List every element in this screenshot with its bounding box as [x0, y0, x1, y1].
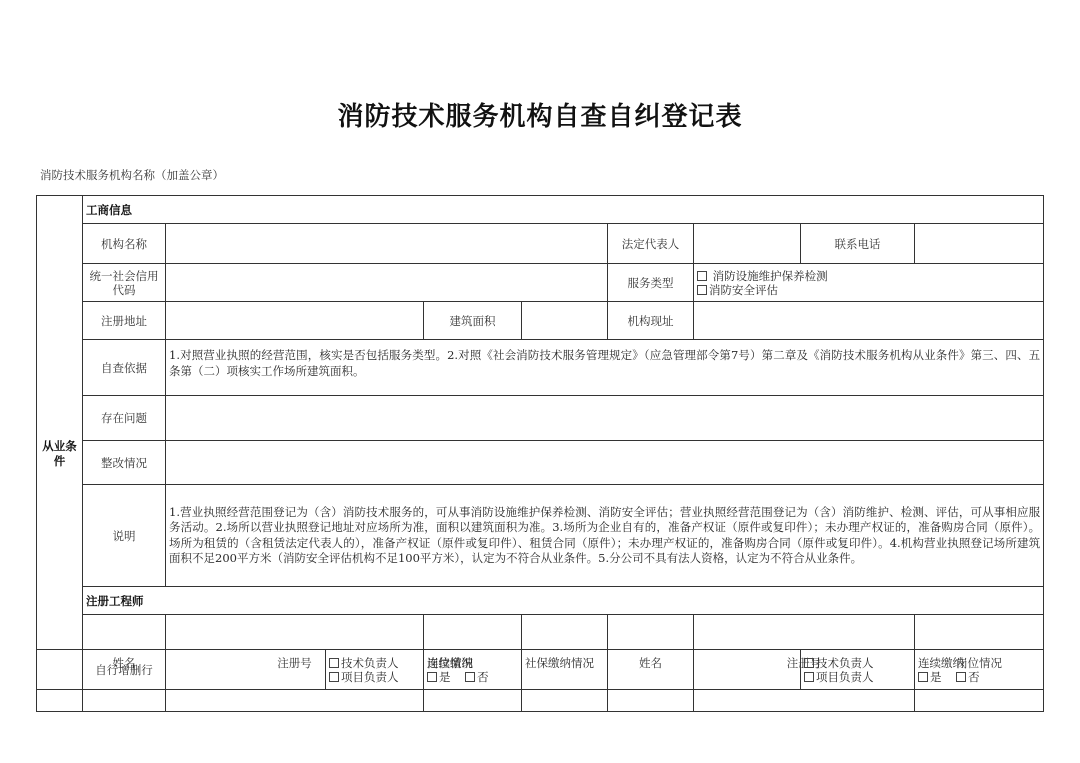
side-label-qualification: 从业条件: [37, 196, 83, 712]
engineer-reg-no-field-2[interactable]: [608, 650, 801, 690]
engineer-position-options-2: 技术负责人 项目负责人: [801, 650, 915, 690]
checkbox-icon[interactable]: [329, 658, 339, 668]
checkbox-icon[interactable]: [918, 672, 928, 682]
label-legal-rep: 法定代表人: [608, 224, 694, 264]
issues-field[interactable]: [166, 396, 1044, 441]
engineer-reg-no-field[interactable]: [166, 650, 326, 690]
rectification-field[interactable]: [166, 441, 1044, 485]
position-option[interactable]: 项目负责人: [804, 670, 911, 684]
social-security-label: 连续缴纳: [918, 656, 1040, 670]
credit-code-field[interactable]: [166, 264, 608, 302]
position-option[interactable]: 项目负责人: [329, 670, 420, 684]
engineer-row: 自行增删行 技术负责人 项目负责人 连续缴纳 是 否 技术负责人 项目负责人 连…: [37, 650, 1044, 690]
engineer-name-field[interactable]: 自行增删行: [83, 650, 166, 690]
social-security-yes[interactable]: 是: [918, 670, 942, 684]
engineer-social-security-2: 连续缴纳 是 否: [915, 650, 1044, 690]
label-org-name: 机构名称: [83, 224, 166, 264]
position-option[interactable]: 技术负责人: [329, 656, 420, 670]
engineer-social-security: 连续缴纳 是 否: [424, 650, 522, 690]
row-side-blank: [37, 650, 83, 690]
label-service-type: 服务类型: [608, 264, 694, 302]
building-area-field[interactable]: [522, 302, 608, 340]
checkbox-icon[interactable]: [697, 285, 707, 295]
social-security-no[interactable]: 否: [465, 670, 489, 684]
position-option[interactable]: 技术负责人: [804, 656, 911, 670]
check-basis-text: 1.对照营业执照的经营范围，核实是否包括服务类型。2.对照《社会消防技术服务管理…: [166, 340, 1044, 396]
reg-address-field[interactable]: [166, 302, 424, 340]
label-building-area: 建筑面积: [424, 302, 522, 340]
section-title-business-info: 工商信息: [83, 196, 1044, 224]
checkbox-icon[interactable]: [465, 672, 475, 682]
current-address-field[interactable]: [694, 302, 1044, 340]
checkbox-icon[interactable]: [804, 672, 814, 682]
engineer-rows-table: 自行增删行 技术负责人 项目负责人 连续缴纳 是 否 技术负责人 项目负责人 连…: [36, 649, 1044, 690]
service-type-option[interactable]: 消防安全评估: [697, 283, 1040, 297]
org-name-field[interactable]: [166, 224, 608, 264]
label-rectification: 整改情况: [83, 441, 166, 485]
label-reg-address: 注册地址: [83, 302, 166, 340]
section-title-engineers: 注册工程师: [83, 587, 1044, 615]
legal-rep-field[interactable]: [694, 224, 801, 264]
checkbox-icon[interactable]: [697, 271, 707, 281]
checkbox-icon[interactable]: [427, 672, 437, 682]
label-phone: 联系电话: [801, 224, 915, 264]
service-type-options: 消防设施维护保养检测 消防安全评估: [694, 264, 1044, 302]
social-security-no[interactable]: 否: [956, 670, 980, 684]
label-current-address: 机构现址: [608, 302, 694, 340]
registration-form-table: 从业条件 工商信息 机构名称 法定代表人 联系电话 统一社会信用代码 服务类型 …: [36, 195, 1044, 712]
service-type-option[interactable]: 消防设施维护保养检测: [697, 269, 1040, 283]
org-name-stamp-label: 消防技术服务机构名称（加盖公章）: [40, 167, 224, 183]
label-issues: 存在问题: [83, 396, 166, 441]
social-security-yes[interactable]: 是: [427, 670, 451, 684]
engineer-name-field-2[interactable]: [522, 650, 608, 690]
label-credit-code: 统一社会信用代码: [83, 264, 166, 302]
checkbox-icon[interactable]: [956, 672, 966, 682]
engineer-position-options: 技术负责人 项目负责人: [326, 650, 424, 690]
checkbox-icon[interactable]: [804, 658, 814, 668]
label-notes: 说明: [83, 485, 166, 587]
checkbox-icon[interactable]: [329, 672, 339, 682]
label-check-basis: 自查依据: [83, 340, 166, 396]
page-title: 消防技术服务机构自查自纠登记表: [0, 96, 1080, 133]
social-security-label: 连续缴纳: [427, 656, 518, 670]
phone-field[interactable]: [915, 224, 1044, 264]
notes-text: 1.营业执照经营范围登记为（含）消防技术服务的，可从事消防设施维护保养检测、消防…: [166, 485, 1044, 587]
